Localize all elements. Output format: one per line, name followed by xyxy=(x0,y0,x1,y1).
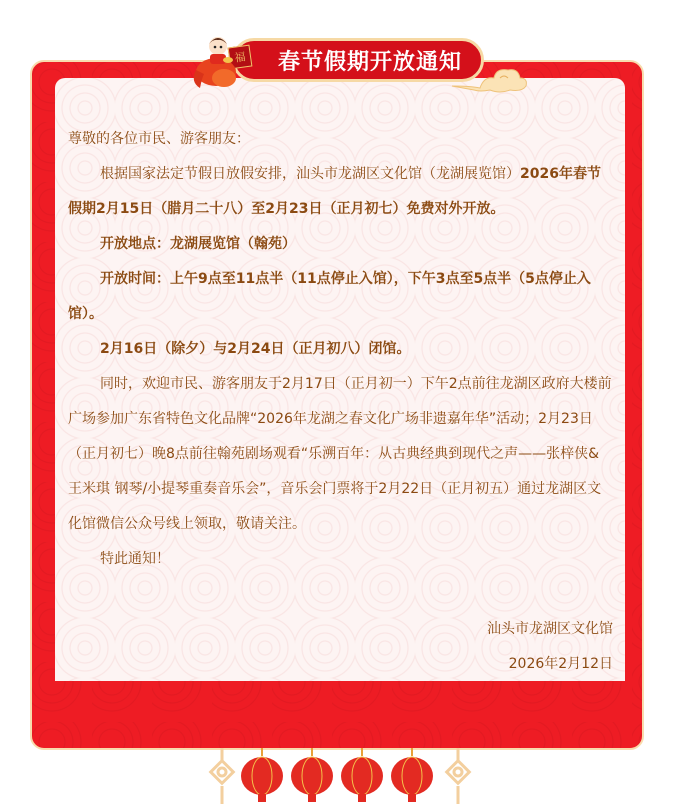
chinese-knot-icon xyxy=(211,748,234,804)
lantern-icon xyxy=(291,748,333,802)
lantern-decoration xyxy=(200,748,490,808)
closing: 特此通知！ xyxy=(68,542,613,577)
chinese-knot-icon xyxy=(447,748,470,804)
page-title: 春节假期开放通知 xyxy=(254,45,462,76)
lantern-icon xyxy=(341,748,383,802)
paragraph-opening: 根据国家法定节假日放假安排，汕头市龙湖区文化馆（龙湖展览馆）2026年春节假期2… xyxy=(68,157,613,227)
title-banner: 春节假期开放通知 xyxy=(232,38,484,82)
paragraph-location: 开放地点：龙湖展览馆（翰苑） xyxy=(68,227,613,262)
salutation: 尊敬的各位市民、游客朋友： xyxy=(68,122,613,157)
notice-body: 尊敬的各位市民、游客朋友： 根据国家法定节假日放假安排，汕头市龙湖区文化馆（龙湖… xyxy=(68,122,613,681)
lantern-icon xyxy=(391,748,433,802)
auspicious-cloud-icon xyxy=(450,64,530,94)
paragraph-hours: 开放时间：上午9点至11点半（11点停止入馆），下午3点至5点半（5点停止入馆）… xyxy=(68,262,613,332)
paragraph-closed: 2月16日（除夕）与2月24日（正月初八）闭馆。 xyxy=(68,332,613,367)
opening-text: 根据国家法定节假日放假安排，汕头市龙湖区文化馆（龙湖展览馆） xyxy=(100,166,520,182)
signature-org: 汕头市龙湖区文化馆 xyxy=(68,612,613,647)
mascot-koi-icon xyxy=(188,30,248,92)
paragraph-events: 同时，欢迎市民、游客朋友于2月17日（正月初一）下午2点前往龙湖区政府大楼前广场… xyxy=(68,367,613,542)
lantern-icon xyxy=(241,748,283,802)
signature-date: 2026年2月12日 xyxy=(68,647,613,681)
notice-paper: 尊敬的各位市民、游客朋友： 根据国家法定节假日放假安排，汕头市龙湖区文化馆（龙湖… xyxy=(55,78,625,681)
